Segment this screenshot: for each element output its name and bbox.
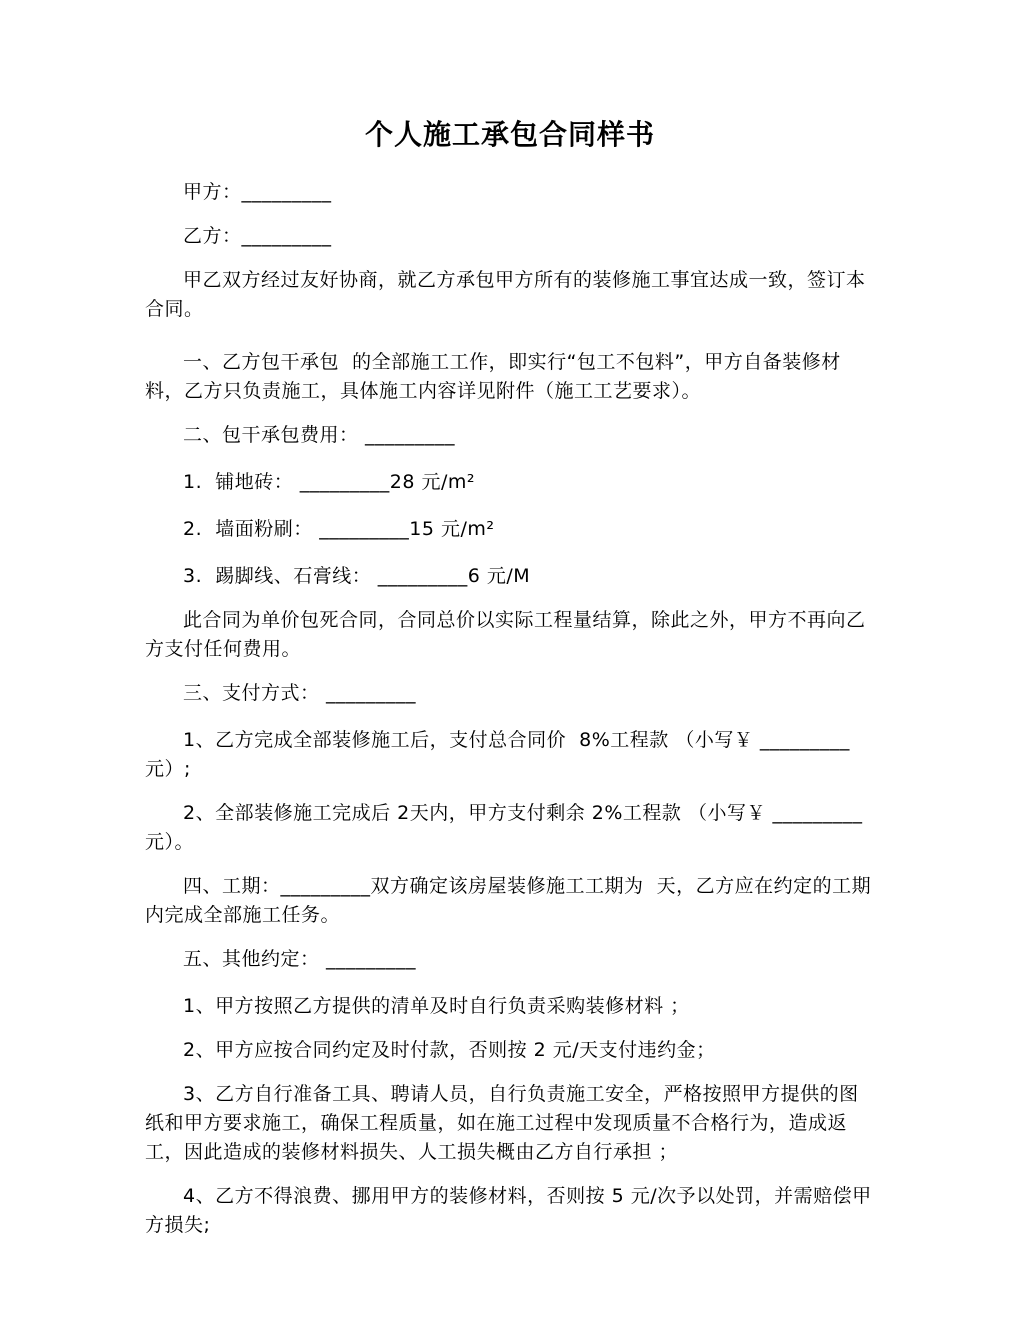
section-4-duration: 四、工期：_________双方确定该房屋装修施工工期为 天，乙方应在约定的工期…: [145, 872, 875, 930]
section-3-payment-heading: 三、支付方式： _________: [145, 679, 875, 708]
intro-paragraph: 甲乙双方经过友好协商，就乙方承包甲方所有的装修施工事宜达成一致，签订本合同。: [145, 266, 875, 324]
section-2-fees-heading: 二、包干承包费用： _________: [145, 421, 875, 450]
other-term-3-quality-responsibility: 3、乙方自行准备工具、聘请人员，自行负责施工安全，严格按照甲方提供的图纸和甲方要…: [145, 1080, 875, 1167]
fee-item-floor-tiles: 1. 铺地砖： _________28 元/m²: [145, 468, 875, 497]
document-title: 个人施工承包合同样书: [145, 118, 875, 152]
payment-term-2: 2、全部装修施工完成后 2天内，甲方支付剩余 2%工程款 （小写￥ ______…: [145, 799, 875, 857]
party-b-line: 乙方：_________: [145, 222, 875, 251]
other-term-1-materials-purchase: 1、甲方按照乙方提供的清单及时自行负责采购装修材料 ；: [145, 992, 875, 1021]
party-a-line: 甲方：_________: [145, 178, 875, 207]
fee-item-skirting-plaster-lines: 3. 踢脚线、石膏线： _________6 元/M: [145, 562, 875, 591]
fee-item-wall-painting: 2. 墙面粉刷： _________15 元/m²: [145, 515, 875, 544]
contract-document-page: 个人施工承包合同样书 甲方：_________ 乙方：_________ 甲乙双…: [0, 0, 1020, 1320]
section-5-other-heading: 五、其他约定： _________: [145, 945, 875, 974]
other-term-4-materials-waste-penalty: 4、乙方不得浪费、挪用甲方的装修材料，否则按 5 元/次予以处罚，并需赔偿甲方损…: [145, 1182, 875, 1240]
payment-term-1: 1、乙方完成全部装修施工后，支付总合同价 8%工程款 （小写￥ ________…: [145, 726, 875, 784]
other-term-2-late-payment-penalty: 2、甲方应按合同约定及时付款，否则按 2 元/天支付违约金；: [145, 1036, 875, 1065]
fixed-price-note: 此合同为单价包死合同，合同总价以实际工程量结算，除此之外，甲方不再向乙方支付任何…: [145, 606, 875, 664]
section-1-scope: 一、乙方包干承包 的全部施工工作，即实行“包工不包料”，甲方自备装修材料，乙方只…: [145, 348, 875, 406]
